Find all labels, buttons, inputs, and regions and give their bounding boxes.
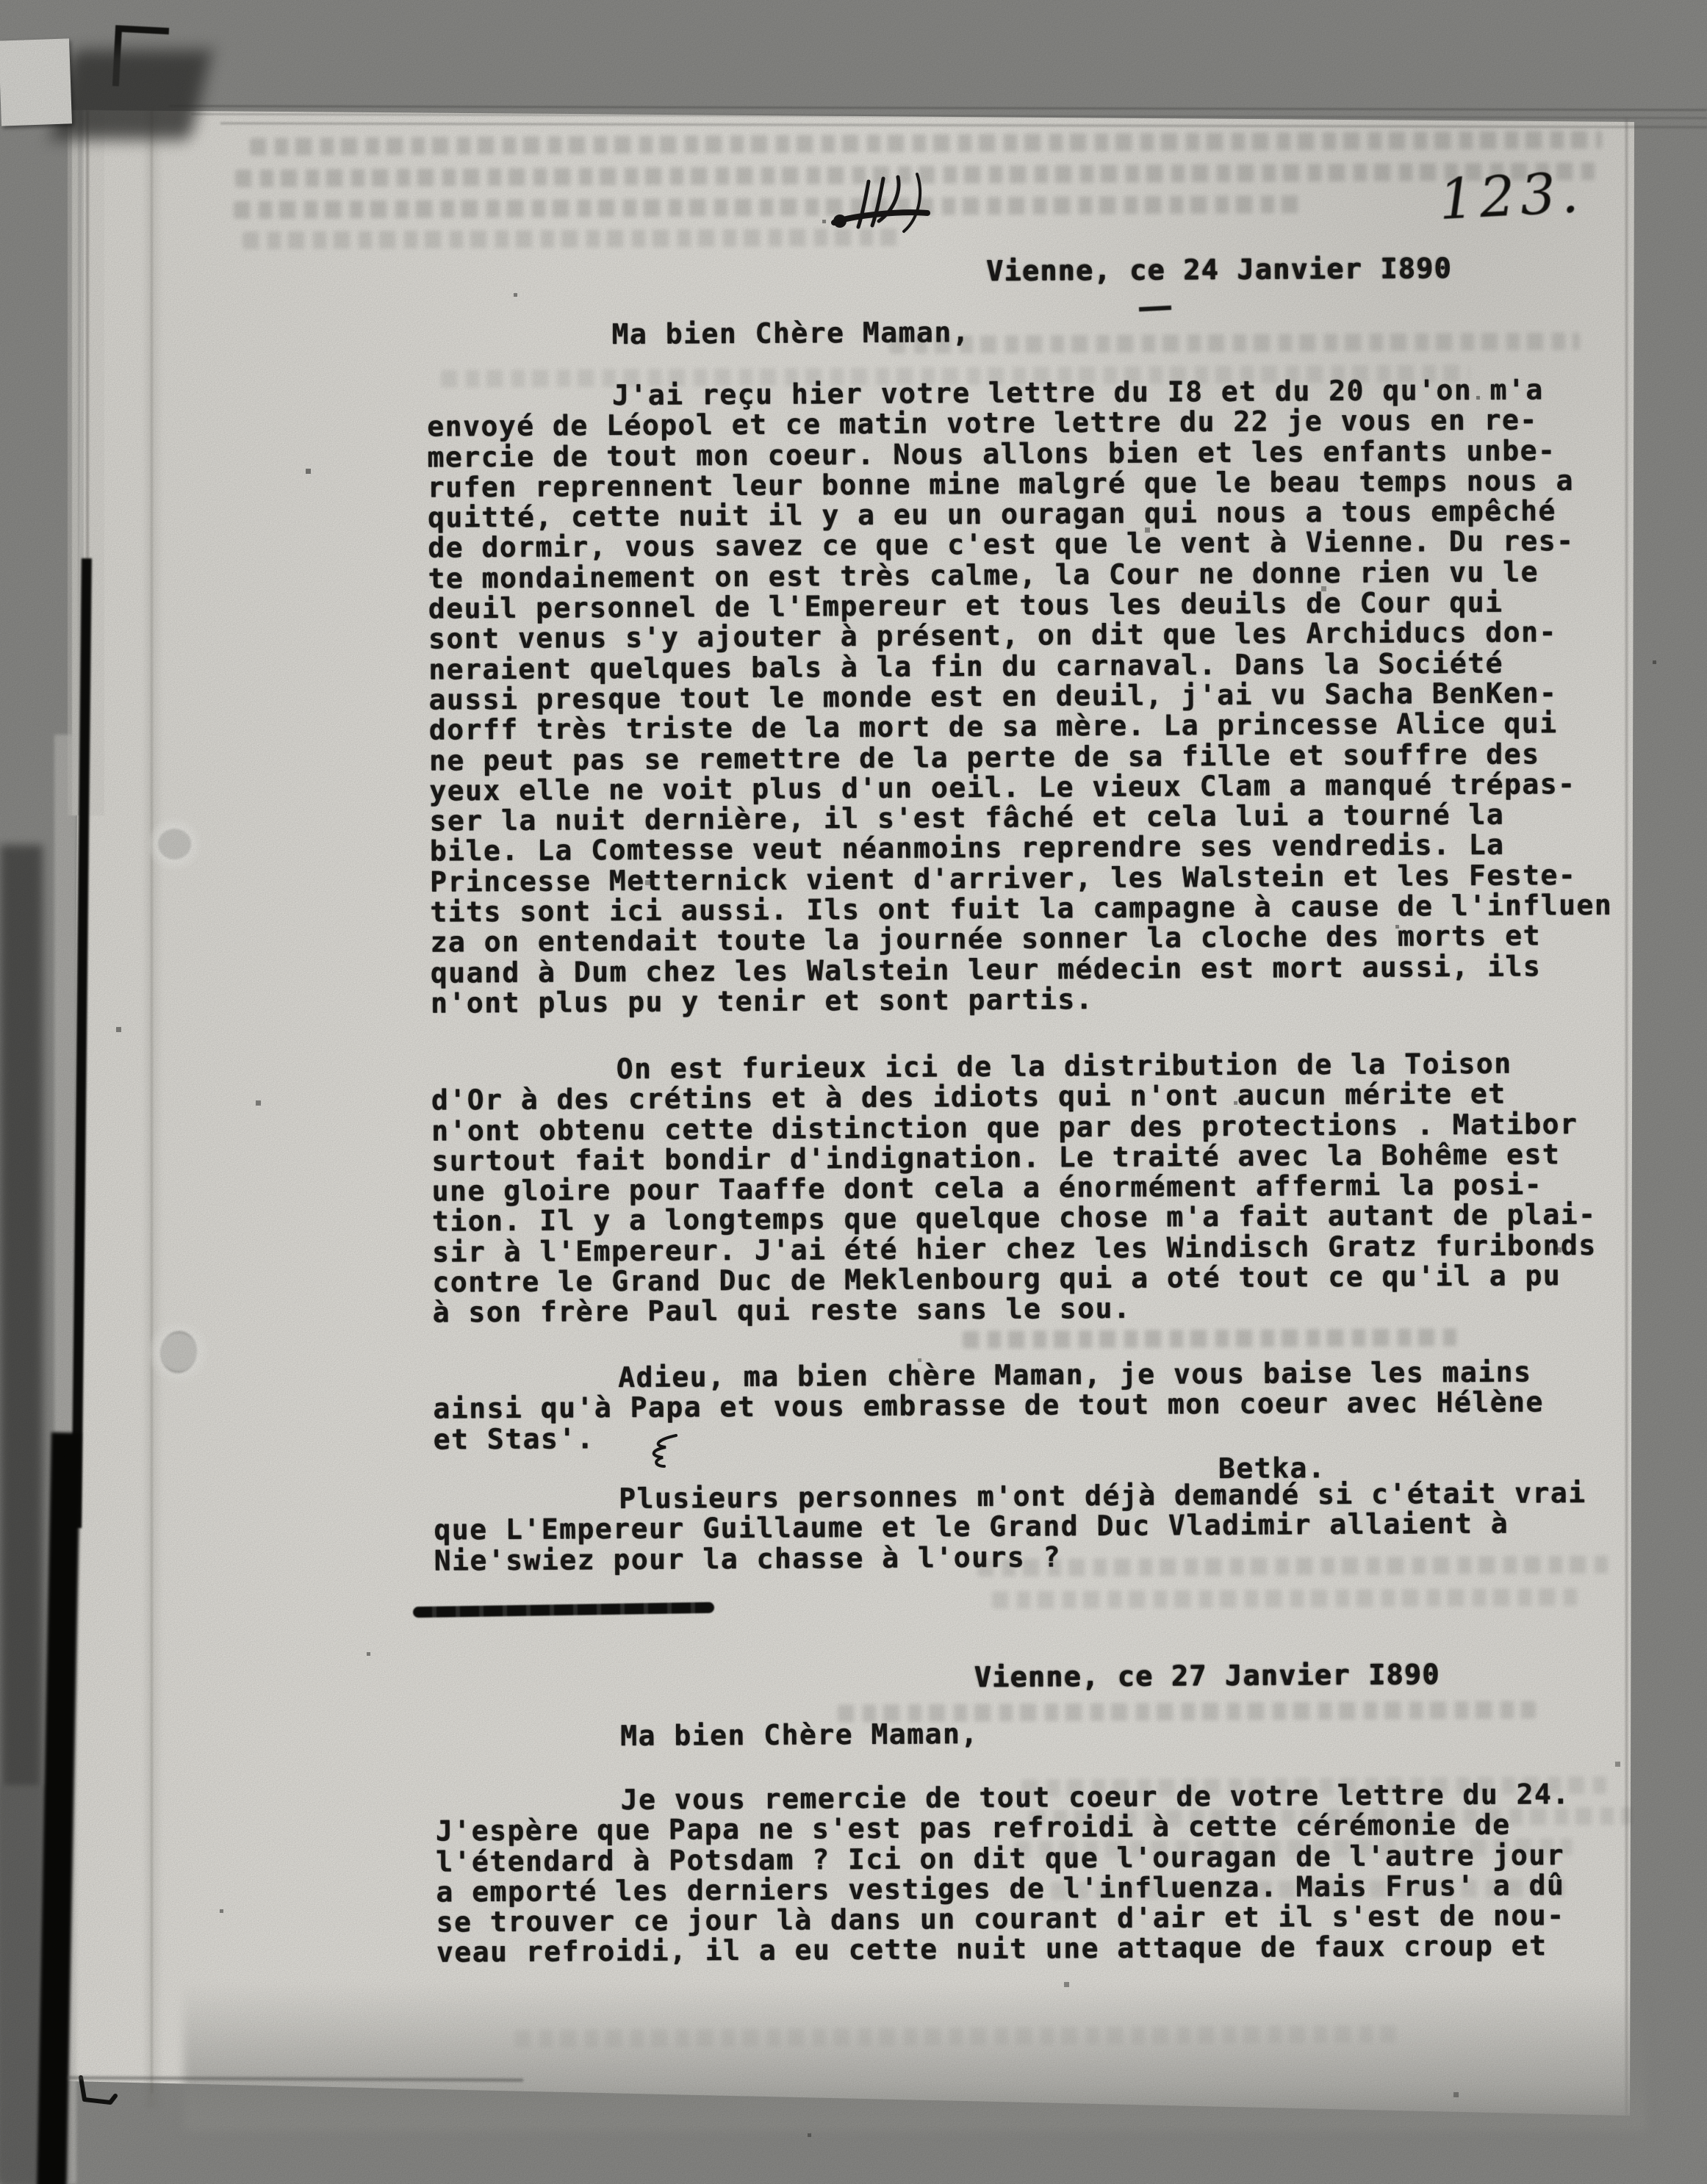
dust-specks <box>0 0 2 2</box>
scanned-letter-page: Vienne, ce 24 Janvier I890 Ma bien Chère… <box>0 0 1707 2184</box>
underlying-sheet-corner <box>0 38 72 126</box>
top-left-corner <box>0 0 1707 2184</box>
corner-shadow <box>51 50 212 140</box>
